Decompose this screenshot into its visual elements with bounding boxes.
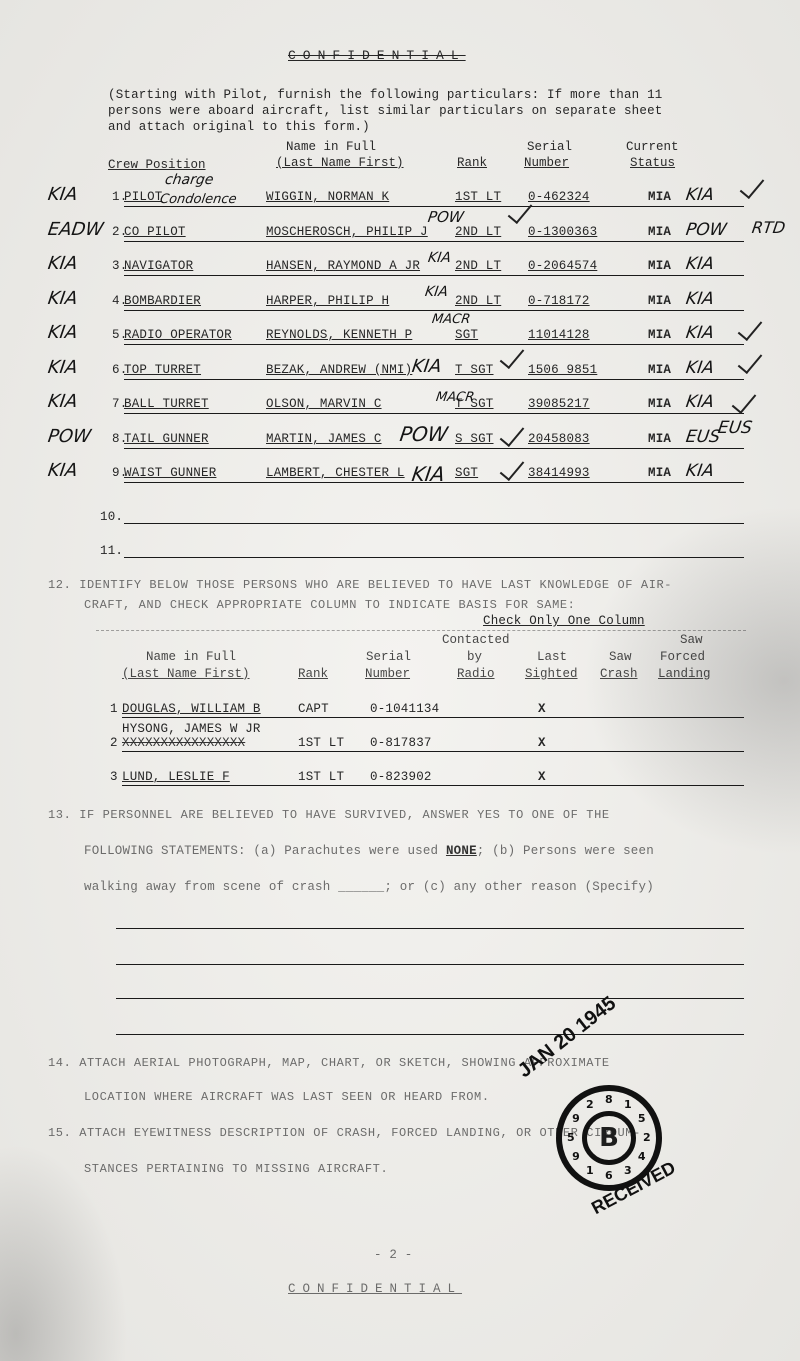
row-underline — [124, 344, 744, 345]
stamp-digit: 9 — [572, 1150, 580, 1163]
crew-rank: T SGT — [455, 363, 494, 377]
header-rank: Rank — [457, 156, 487, 170]
section13-line3: walking away from scene of crash ______;… — [84, 880, 654, 894]
row-underline — [124, 275, 744, 276]
s12-header-serial-line1: Serial — [366, 650, 411, 664]
row-underline — [124, 310, 744, 311]
s12-header-landing-line2: Forced — [660, 650, 705, 664]
crew-serial: 0-462324 — [528, 190, 590, 204]
classification-header: CONFIDENTIAL — [288, 48, 466, 63]
s12-header-sighted-line2: Sighted — [525, 667, 578, 681]
crew-name: HANSEN, RAYMOND A JR — [266, 259, 420, 273]
stamp-digit: 5 — [638, 1112, 646, 1125]
crew-status: MIA — [648, 397, 671, 411]
handwritten-note-pow-row2: POW — [427, 208, 465, 226]
s12-row-underline — [122, 717, 744, 718]
stamp-center-letter: B — [582, 1111, 636, 1165]
s12-serial: 0-817837 — [370, 736, 432, 750]
handwritten-status-note: KIA — [685, 323, 716, 343]
section13-line2-suffix: ; (b) Persons were seen — [477, 844, 654, 858]
crew-status: MIA — [648, 190, 671, 204]
instructions-line-3: and attach original to this form.) — [108, 120, 370, 134]
handwritten-status-note: KIA — [685, 392, 716, 412]
crew-name: LAMBERT, CHESTER L — [266, 466, 405, 480]
crew-position: NAVIGATOR — [124, 259, 193, 273]
s12-header-rank: Rank — [298, 667, 328, 681]
s12-header-radio-line2: by — [467, 650, 482, 664]
section13-line1: 13. IF PERSONNEL ARE BELIEVED TO HAVE SU… — [48, 808, 610, 822]
row-underline — [124, 379, 744, 380]
crew-name: MOSCHEROSCH, PHILIP J — [266, 225, 428, 239]
s12-rank: CAPT — [298, 702, 329, 716]
handwritten-status-note: KIA — [685, 185, 716, 205]
s12-serial: 0-1041134 — [370, 702, 439, 716]
header-name-line1: Name in Full — [286, 140, 376, 154]
section12-text-line1: 12. IDENTIFY BELOW THOSE PERSONS WHO ARE… — [48, 578, 672, 592]
handwritten-note-charge: charge — [164, 172, 215, 188]
specify-line-2 — [116, 964, 744, 965]
crew-position: PILOT — [124, 190, 163, 204]
handwritten-margin-status: KIA — [47, 253, 79, 274]
s12-header-radio-line1: Contacted — [442, 633, 510, 647]
stamp-digit: 8 — [605, 1093, 613, 1106]
s12-name: LUND, LESLIE F — [122, 770, 230, 784]
handwritten-margin-status: KIA — [47, 391, 79, 412]
crew-serial: 0-1300363 — [528, 225, 597, 239]
s12-header-landing-line1: Saw — [680, 633, 703, 647]
s12-row-underline — [122, 785, 744, 786]
s12-name: DOUGLAS, WILLIAM B — [122, 702, 261, 716]
crew-serial: 11014128 — [528, 328, 590, 342]
instructions-line-1: (Starting with Pilot, furnish the follow… — [108, 88, 663, 102]
crew-name: REYNOLDS, KENNETH P — [266, 328, 412, 342]
check-mark — [738, 315, 763, 341]
section14-line2: LOCATION WHERE AIRCRAFT WAS LAST SEEN OR… — [84, 1090, 490, 1104]
crew-position: BALL TURRET — [124, 397, 209, 411]
handwritten-note-kia-row6: KIA — [411, 356, 443, 377]
stamp-digit: 3 — [624, 1164, 632, 1177]
crew-serial: 20458083 — [528, 432, 590, 446]
row-underline — [124, 448, 744, 449]
handwritten-status-note: POW — [685, 220, 728, 240]
blank-row-11-line — [124, 557, 744, 558]
handwritten-note-macr-row5: MACR — [431, 312, 471, 327]
crew-status: MIA — [648, 363, 671, 377]
handwritten-status-note: KIA — [685, 289, 716, 309]
crew-status: MIA — [648, 432, 671, 446]
handwritten-status-note: KIA — [685, 358, 716, 378]
classification-footer: CONFIDENTIAL — [288, 1282, 462, 1296]
s12-header-landing-line3: Landing — [658, 667, 711, 681]
specify-line-4 — [116, 1034, 744, 1035]
s12-serial: 0-823902 — [370, 770, 432, 784]
document-page: CONFIDENTIAL (Starting with Pilot, furni… — [0, 0, 800, 1361]
header-name-line2: (Last Name First) — [276, 156, 404, 170]
stamp-digit: 6 — [605, 1169, 613, 1182]
handwritten-margin-status: KIA — [47, 184, 79, 205]
crew-serial: 1506 9851 — [528, 363, 597, 377]
check-mark — [732, 388, 757, 414]
crew-serial: 39085217 — [528, 397, 590, 411]
specify-line-1 — [116, 928, 744, 929]
section12-text-line2: CRAFT, AND CHECK APPROPRIATE COLUMN TO I… — [84, 598, 575, 612]
handwritten-note-kia-row4: KIA — [424, 284, 449, 300]
s12-header-crash-line2: Crash — [600, 667, 638, 681]
check-mark — [500, 343, 525, 369]
stamp-digit: 5 — [567, 1131, 575, 1144]
handwritten-note-condolence: Condolence — [159, 192, 238, 207]
s12-rank: 1ST LT — [298, 770, 344, 784]
handwritten-note-macr-row7: MACR — [435, 390, 475, 405]
handwritten-note-kia-row9: KIA — [410, 462, 446, 486]
row-underline — [124, 241, 744, 242]
handwritten-margin-status: KIA — [47, 322, 79, 343]
handwritten-margin-status: POW — [47, 426, 93, 447]
s12-header-sighted-line1: Last — [537, 650, 567, 664]
s12-row-number: 3 — [110, 770, 118, 784]
section15-line1: 15. ATTACH EYEWITNESS DESCRIPTION OF CRA… — [48, 1126, 641, 1140]
page-number: - 2 - — [374, 1248, 413, 1262]
crew-rank: S SGT — [455, 432, 494, 446]
stamp-digit: 1 — [624, 1098, 632, 1111]
crew-rank: 2ND LT — [455, 259, 501, 273]
stamp-digit: 4 — [638, 1150, 646, 1163]
crew-name: HARPER, PHILIP H — [266, 294, 389, 308]
s12-last-sighted-mark: X — [538, 736, 546, 750]
handwritten-note-rtd: RTD — [751, 218, 787, 237]
crew-status: MIA — [648, 259, 671, 273]
handwritten-status-note: KIA — [685, 461, 716, 481]
stamp-digit: 9 — [572, 1112, 580, 1125]
handwritten-margin-status: KIA — [47, 460, 79, 481]
instructions-line-2: persons were aboard aircraft, list simil… — [108, 104, 663, 118]
crew-position: TAIL GUNNER — [124, 432, 209, 446]
crew-status: MIA — [648, 466, 671, 480]
s12-header-radio-line3: Radio — [457, 667, 495, 681]
crew-position: CO PILOT — [124, 225, 186, 239]
crew-serial: 0-2064574 — [528, 259, 597, 273]
handwritten-note-kia-row3: KIA — [427, 250, 452, 266]
crew-position: WAIST GUNNER — [124, 466, 216, 480]
s12-last-sighted-mark: X — [538, 770, 546, 784]
handwritten-note-eus-row8: EUS — [717, 418, 754, 438]
section13-line2-prefix: FOLLOWING STATEMENTS: (a) Parachutes wer… — [84, 844, 438, 858]
crew-status: MIA — [648, 225, 671, 239]
check-mark — [500, 421, 525, 447]
handwritten-note-pow-row8: POW — [398, 422, 449, 446]
check-mark — [738, 348, 763, 374]
crew-rank: 2ND LT — [455, 225, 501, 239]
crew-name: MARTIN, JAMES C — [266, 432, 382, 446]
s12-header-name-line1: Name in Full — [146, 650, 236, 664]
crew-position: BOMBARDIER — [124, 294, 201, 308]
check-mark — [508, 198, 533, 224]
stamp-digit: 1 — [586, 1164, 594, 1177]
section12-check-note: Check Only One Column — [483, 614, 645, 628]
header-serial-line1: Serial — [527, 140, 572, 154]
check-mark — [740, 173, 765, 199]
crew-name: WIGGIN, NORMAN K — [266, 190, 389, 204]
header-serial-line2: Number — [524, 156, 569, 170]
s12-row-number: 2 — [110, 736, 118, 750]
header-status-line2: Status — [630, 156, 675, 170]
handwritten-margin-status: EADW — [47, 219, 105, 240]
row-underline — [124, 413, 744, 414]
section12-divider — [96, 630, 746, 631]
blank-row-10-line — [124, 523, 744, 524]
s12-rank: 1ST LT — [298, 736, 344, 750]
header-crew-position: Crew Position — [108, 158, 206, 172]
stamp-digit: 2 — [643, 1131, 651, 1144]
crew-rank: 1ST LT — [455, 190, 501, 204]
parachute-answer: NONE — [446, 844, 477, 858]
blank-row-11-number: 11. — [100, 544, 123, 558]
s12-header-crash-line1: Saw — [609, 650, 632, 664]
crew-serial: 0-718172 — [528, 294, 590, 308]
crew-status: MIA — [648, 328, 671, 342]
crew-name: OLSON, MARVIN C — [266, 397, 382, 411]
section15-line2: STANCES PERTAINING TO MISSING AIRCRAFT. — [84, 1162, 388, 1176]
s12-row-underline — [122, 751, 744, 752]
handwritten-margin-status: KIA — [47, 288, 79, 309]
s12-row-number: 1 — [110, 702, 118, 716]
crew-rank: SGT — [455, 328, 478, 342]
specify-line-3 — [116, 998, 744, 999]
crew-position: TOP TURRET — [124, 363, 201, 377]
crew-name: BEZAK, ANDREW (NMI) — [266, 363, 412, 377]
s12-name: HYSONG, JAMES W JR — [122, 722, 261, 736]
blank-row-10-number: 10. — [100, 510, 123, 524]
handwritten-status-note: KIA — [685, 254, 716, 274]
crew-rank: SGT — [455, 466, 478, 480]
handwritten-margin-status: KIA — [47, 357, 79, 378]
header-status-line1: Current — [626, 140, 679, 154]
crew-serial: 38414993 — [528, 466, 590, 480]
crew-status: MIA — [648, 294, 671, 308]
crew-position: RADIO OPERATOR — [124, 328, 232, 342]
s12-header-serial-line2: Number — [365, 667, 410, 681]
crew-rank: 2ND LT — [455, 294, 501, 308]
s12-struck-name: XXXXXXXXXXXXXXXX — [122, 736, 245, 750]
stamp-digit: 2 — [586, 1098, 594, 1111]
s12-header-name-line2: (Last Name First) — [122, 667, 250, 681]
check-mark — [500, 455, 525, 481]
s12-last-sighted-mark: X — [538, 702, 546, 716]
section13-line2: FOLLOWING STATEMENTS: (a) Parachutes wer… — [84, 844, 654, 858]
